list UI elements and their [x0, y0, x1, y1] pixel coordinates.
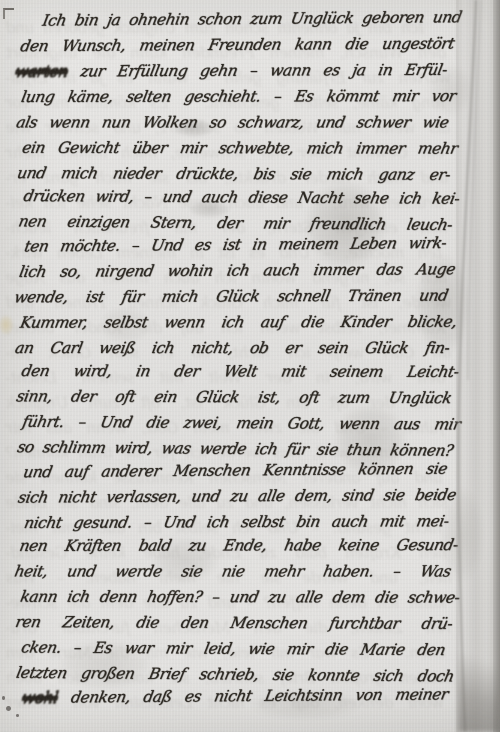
- manuscript-line: sich nicht verlassen, und zu alle dem, s…: [6, 483, 463, 511]
- manuscript-line: lich so, nirgend wohin ich auch immer da…: [6, 257, 463, 285]
- struck-word: wohl: [21, 689, 60, 707]
- manuscript-line: heit, und werde sie nie mehr haben. – Wa…: [6, 559, 463, 584]
- manuscript-line: führt. – Und die zwei, mein Gott, wenn a…: [6, 410, 462, 438]
- manuscript-line: als wenn nun Wolken so schwarz, und schw…: [6, 110, 463, 135]
- manuscript-line: drücken wird, – und auch diese Nacht seh…: [6, 184, 462, 212]
- manuscript-line: den wird, in der Welt mit seinem Leicht-: [6, 359, 463, 385]
- manuscript-line: den Wunsch, meinen Freunden kann die ung…: [6, 31, 463, 59]
- manuscript-line: ten möchte. – Und es ist in meinem Leben…: [6, 231, 463, 260]
- page-right-edge: [493, 0, 500, 732]
- manuscript-line: nicht gesund. – Und ich selbst bin auch …: [6, 509, 463, 536]
- manuscript-line: und auf anderer Menschen Kenntnisse könn…: [6, 457, 463, 486]
- manuscript-line: wende, ist für mich Glück schnell Tränen…: [6, 283, 463, 310]
- letter-page: Ich bin ja ohnehin schon zum Unglück geb…: [0, 0, 500, 732]
- manuscript-line: an Carl weiß ich nicht, ob er sein Glück…: [6, 336, 463, 361]
- manuscript-line: nen Kräften bald zu Ende, habe keine Ges…: [6, 533, 463, 559]
- page-corner-shadow: [458, 648, 500, 732]
- manuscript-line: warten zur Erfüllung gehn – wann es ja i…: [6, 58, 463, 85]
- manuscript-line: Kummer, selbst wenn ich auf die Kinder b…: [6, 310, 463, 336]
- struck-word: warten: [14, 62, 70, 80]
- ink-speck: [2, 696, 5, 700]
- manuscript-line: Ich bin ja ohnehin schon zum Unglück geb…: [6, 5, 463, 34]
- manuscript-text: Ich bin ja ohnehin schon zum Unglück geb…: [6, 10, 458, 710]
- manuscript-line: sinn, der oft ein Glück ist, oft zum Ung…: [6, 384, 463, 411]
- manuscript-line: kann ich denn hoffen? – und zu alle dem …: [6, 585, 463, 611]
- ink-speck: [16, 714, 19, 717]
- manuscript-line: ein Gewicht über mir schwebte, mich imme…: [6, 136, 463, 162]
- manuscript-line: cken. – Es war mir leid, wie mir die Mar…: [6, 635, 462, 663]
- manuscript-line: ren Zeiten, die den Menschen furchtbar d…: [6, 610, 463, 637]
- manuscript-line: lung käme, selten geschieht. – Es kömmt …: [6, 84, 463, 110]
- manuscript-line: wohl denken, daß es nicht Leichtsinn von…: [6, 682, 463, 711]
